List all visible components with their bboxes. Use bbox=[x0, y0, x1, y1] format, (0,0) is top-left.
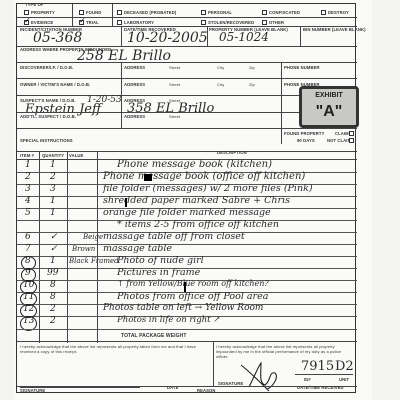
item-quantity: ✓ bbox=[50, 232, 58, 242]
checkbox-found[interactable] bbox=[79, 10, 84, 15]
item-quantity: 3 bbox=[50, 184, 56, 194]
found-property-label: Found Property bbox=[284, 131, 325, 136]
divider bbox=[17, 17, 357, 18]
item-number: 4 bbox=[25, 196, 31, 206]
zip-label: Zip bbox=[249, 82, 255, 87]
item-number: 3 bbox=[25, 184, 31, 194]
addtl-suspect-label: Add'tl. Suspect / D.O.B. bbox=[20, 114, 76, 119]
checkbox-trial[interactable] bbox=[79, 20, 84, 25]
item-number: 12 bbox=[23, 304, 34, 314]
item-quantity: 2 bbox=[50, 304, 56, 314]
item-description: shredded paper marked Sabre + Chris bbox=[103, 195, 290, 206]
property-receipt-form: Type of Property Found Deceased (Probate… bbox=[16, 3, 356, 393]
divider bbox=[17, 151, 357, 152]
bin-number-label: Bin Number (Leave Blank) bbox=[303, 27, 366, 32]
label-other: Other bbox=[269, 20, 284, 25]
item-number: 1 bbox=[25, 160, 31, 170]
divider bbox=[295, 374, 353, 375]
divider bbox=[97, 151, 98, 343]
divider bbox=[17, 128, 357, 129]
datetime-recovered[interactable]: 10-20-2005 bbox=[127, 30, 208, 46]
phone-label: Phone Number bbox=[284, 65, 320, 70]
redaction bbox=[144, 174, 152, 181]
divider bbox=[112, 4, 113, 26]
checkbox-personal[interactable] bbox=[201, 10, 206, 15]
item-description: Phone message book (kitchen) bbox=[117, 159, 272, 170]
reason-label: Reason bbox=[197, 388, 216, 393]
divider bbox=[39, 151, 40, 343]
item-number: 10 bbox=[23, 280, 34, 290]
exhibit-stamp: EXHIBIT "A" bbox=[299, 86, 359, 128]
checkbox-confiscated[interactable] bbox=[262, 10, 267, 15]
item-description: Photos table on left → Yellow Room bbox=[103, 303, 263, 313]
item-description: Phone message book (office off kitchen) bbox=[103, 171, 305, 182]
divider bbox=[300, 26, 301, 46]
item-quantity: 8 bbox=[50, 280, 56, 290]
item-description: Pictures in frame bbox=[117, 267, 200, 278]
officer-unit[interactable]: D2 bbox=[335, 359, 354, 374]
item-description: orange file folder marked message bbox=[103, 207, 271, 218]
item-description: massage table off from closet bbox=[103, 231, 245, 242]
divider bbox=[17, 78, 357, 79]
unit-label: Unit bbox=[339, 377, 349, 382]
label-stolen: Stolen/Recovered bbox=[208, 20, 254, 25]
owner-signature-label: Signature bbox=[20, 388, 45, 393]
label-confiscated: Confiscated bbox=[269, 10, 300, 15]
divider bbox=[17, 62, 357, 63]
zip-label: Zip bbox=[249, 65, 255, 70]
divider bbox=[213, 341, 214, 386]
divider bbox=[17, 329, 357, 330]
claim-label: Claim bbox=[335, 131, 349, 136]
divider bbox=[121, 26, 122, 46]
divider bbox=[72, 4, 73, 26]
not-claim-label: Not Claim bbox=[327, 138, 351, 143]
divider bbox=[17, 244, 357, 245]
item-quantity: 1 bbox=[50, 196, 56, 206]
checkbox-deceased[interactable] bbox=[117, 10, 122, 15]
column-item: Item # bbox=[20, 153, 34, 158]
item-quantity: 1 bbox=[50, 256, 56, 266]
item-quantity: 99 bbox=[47, 268, 58, 278]
item-number: 13 bbox=[23, 316, 34, 326]
checkbox-stolen[interactable] bbox=[201, 20, 206, 25]
checkbox-not-claim[interactable] bbox=[349, 138, 354, 143]
item-number: 5 bbox=[25, 208, 31, 218]
divider bbox=[281, 128, 282, 144]
item-description: Photo of nude girl bbox=[117, 255, 204, 266]
item-quantity: 1 bbox=[50, 208, 56, 218]
id-label: ID# bbox=[304, 377, 311, 382]
checkbox-evidence[interactable] bbox=[24, 20, 29, 25]
special-instructions-label: Special Instructions bbox=[20, 138, 73, 143]
column-value: Value bbox=[69, 153, 83, 158]
checkbox-destroy[interactable] bbox=[321, 10, 326, 15]
label-destroy: Destroy bbox=[328, 10, 349, 15]
item-quantity: 2 bbox=[50, 172, 56, 182]
address-label: Address bbox=[124, 82, 145, 87]
item-value: Black Framed bbox=[69, 257, 119, 265]
item-quantity: 8 bbox=[50, 292, 56, 302]
total-weight-label: Total Package Weight bbox=[121, 333, 187, 339]
property-number[interactable]: 05-1024 bbox=[219, 30, 269, 44]
found-property-days: 90 Days bbox=[297, 138, 315, 143]
type-header: Type of bbox=[25, 2, 44, 7]
officer-signature[interactable] bbox=[239, 359, 284, 397]
city-label: City bbox=[217, 65, 224, 70]
label-personal: Personal bbox=[208, 10, 232, 15]
item-number: 7 bbox=[25, 244, 31, 254]
exhibit-letter: "A" bbox=[302, 103, 356, 121]
item-quantity: ✓ bbox=[50, 244, 58, 254]
officer-id[interactable]: 7915 bbox=[301, 359, 334, 374]
column-description: Description bbox=[217, 150, 247, 155]
item-description: file folder (messages) w/ 2 more files (… bbox=[103, 183, 313, 194]
street-label: Street bbox=[169, 114, 180, 119]
checkbox-property[interactable] bbox=[24, 10, 29, 15]
owner-label: Owner / Victim's Name / D.O.B. bbox=[20, 82, 90, 87]
item-description: ↑ from Yellow/Blue room off kitchen? bbox=[117, 279, 269, 288]
item-quantity: 2 bbox=[50, 316, 56, 326]
item-description: Photos in life on right ↗ bbox=[117, 315, 220, 325]
item-description: Photos from office off Pool area bbox=[117, 291, 268, 302]
datetime-received-label: Date/Time Received bbox=[297, 385, 344, 390]
exhibit-title: EXHIBIT bbox=[302, 92, 356, 99]
label-trial: Trial bbox=[86, 20, 99, 25]
checkbox-other[interactable] bbox=[262, 20, 267, 25]
divider bbox=[67, 151, 68, 343]
checkbox-claim[interactable] bbox=[349, 131, 354, 136]
ack-owner-text: I hereby acknowledge that the above list… bbox=[20, 344, 200, 354]
redaction bbox=[125, 198, 127, 207]
item-number: 8 bbox=[25, 256, 31, 266]
city-label: City bbox=[217, 82, 224, 87]
incident-number[interactable]: 05-368 bbox=[33, 30, 82, 46]
street-label: Street bbox=[169, 82, 180, 87]
address-label: Address bbox=[124, 65, 145, 70]
label-evidence: Evidence bbox=[31, 20, 53, 25]
item-number: 9 bbox=[25, 268, 31, 278]
item-value: Brown bbox=[72, 245, 95, 253]
column-quantity: Quantity bbox=[42, 153, 64, 158]
divider bbox=[207, 26, 208, 46]
item-number: 6 bbox=[25, 232, 31, 242]
checkbox-laboratory[interactable] bbox=[117, 20, 122, 25]
item-quantity: 1 bbox=[50, 160, 56, 170]
item-number: 2 bbox=[25, 172, 31, 182]
label-laboratory: Laboratory bbox=[124, 20, 154, 25]
address-label: Address bbox=[124, 114, 145, 119]
item-value: Beige bbox=[83, 233, 103, 241]
label-property: Property bbox=[31, 10, 55, 15]
scanned-page: Type of Property Found Deceased (Probate… bbox=[14, 0, 372, 400]
divider bbox=[17, 341, 357, 342]
discoverer-label: Discoverer/I.P. / D.O.B. bbox=[20, 65, 73, 70]
item-description: massage table bbox=[103, 243, 172, 254]
item-description: * items 2-5 from office off kitchen bbox=[117, 219, 279, 230]
label-deceased: Deceased (Probated) bbox=[124, 10, 176, 15]
item-number: 11 bbox=[23, 292, 34, 302]
ack-officer-text: I hereby acknowledge that the above list… bbox=[216, 344, 354, 359]
street-label: Street bbox=[169, 65, 180, 70]
label-found: Found bbox=[86, 10, 101, 15]
